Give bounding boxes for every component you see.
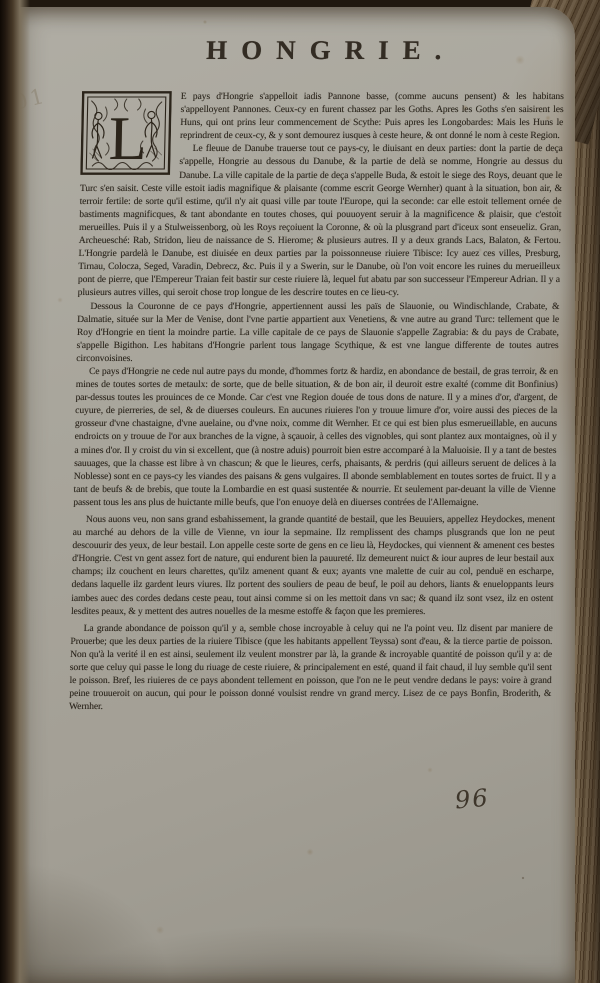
body-text: L E pays d'Hongrie s'appelloit iadis Pan… [69,90,564,713]
handwritten-page-number: 96 [454,784,491,815]
book-gutter-shadow [0,0,30,983]
book-page: 01 HONGRIE. [6,7,575,983]
page-title: HONGRIE. [82,35,565,66]
paragraph-6: La grande abondance de poisson qu'il y a… [69,622,553,714]
drop-cap-initial: L [80,91,172,175]
printed-content: HONGRIE. [69,35,565,713]
paragraph-1-text: E pays d'Hongrie s'appelloit iadis Panno… [180,91,564,141]
drop-cap-letter: L [108,105,147,173]
paragraph-4: Ce pays d'Hongrie ne cede nul autre pays… [73,365,558,509]
paragraph-3: Dessous la Couronne de ce pays d'Hongrie… [76,300,559,365]
paragraph-5: Nous auons veu, non sans grand esbahisse… [71,513,555,618]
paragraph-1: L E pays d'Hongrie s'appelloit iadis Pan… [81,90,564,142]
book-photo: 01 HONGRIE. [0,0,600,983]
